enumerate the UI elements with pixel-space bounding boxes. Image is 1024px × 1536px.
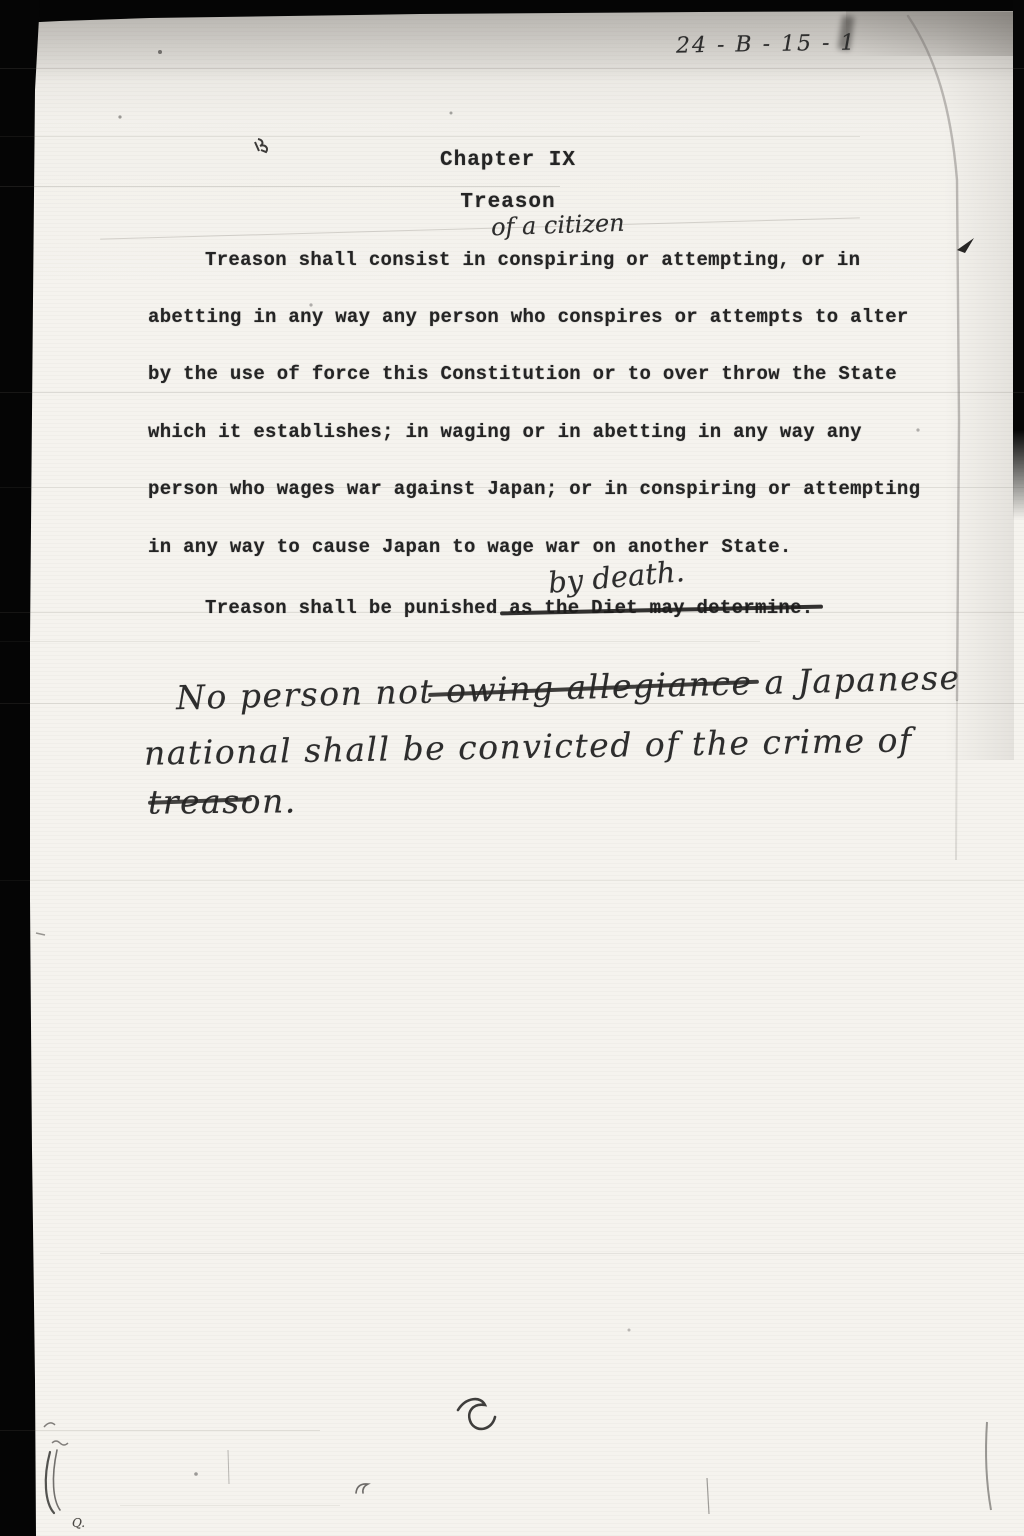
tick-mark — [707, 1478, 709, 1514]
note-line1-struck: owing allegiance — [446, 663, 753, 710]
body-line: abetting in any way any person who consp… — [148, 306, 909, 328]
note-line1-start: No person not — [176, 671, 447, 717]
scan-edge-left — [0, 0, 40, 1536]
punishment-sentence: Treason shall be punished as the Diet ma… — [205, 597, 814, 619]
margin-pen-stroke — [44, 1423, 55, 1427]
margin-pen-stroke — [46, 1452, 54, 1513]
scan-speck — [916, 428, 919, 431]
body-line: which it establishes; in waging or in ab… — [148, 421, 862, 443]
body-line: by the use of force this Constitution or… — [148, 363, 897, 385]
scan-speck — [194, 1472, 198, 1476]
scan-streak — [0, 68, 1024, 69]
handwritten-correction-by-death: by death. — [547, 554, 686, 600]
pen-streak — [986, 1422, 991, 1510]
margin-pen-stroke — [53, 1450, 60, 1510]
handwritten-insertion: of a citizen — [491, 209, 626, 242]
scan-streak — [120, 1505, 340, 1506]
scan-speck — [118, 115, 121, 118]
margin-mark-bottom-left: Q. — [72, 1516, 85, 1530]
body-line: person who wages war against Japan; or i… — [148, 478, 920, 500]
scan-streak — [0, 186, 560, 187]
section-heading: Treason — [0, 191, 1016, 214]
punishment-typed-prefix: Treason shall be punished — [205, 597, 509, 619]
handwritten-note-line1: No person not owing allegiance a Japanes… — [176, 658, 961, 718]
scan-streak — [0, 1430, 320, 1431]
scan-streak — [0, 392, 1024, 393]
scan-streak — [100, 1253, 1024, 1254]
hook-mark — [356, 1484, 368, 1493]
note-line1-end: a Japanese — [752, 658, 961, 702]
punishment-struck-text: as the Diet may determine. — [509, 597, 813, 619]
scan-streak — [0, 880, 1024, 881]
scan-edge-right — [1013, 0, 1024, 520]
right-fold-shading — [944, 0, 1014, 760]
scan-streak — [0, 641, 760, 642]
scan-speck — [628, 1329, 631, 1332]
scan-streak — [0, 136, 860, 137]
body-line: Treason shall consist in conspiring or a… — [205, 249, 860, 271]
squiggle-mark — [458, 1399, 495, 1429]
scanned-document-page: 24 - B - 15 - 1 Chapter IX Treason of a … — [0, 0, 1024, 1536]
classification-code: 24 - B - 15 - 1 — [676, 30, 857, 58]
body-line: in any way to cause Japan to wage war on… — [148, 536, 792, 558]
margin-dash — [36, 933, 45, 935]
chapter-heading: Chapter IX — [0, 149, 1016, 172]
scan-speck — [450, 112, 453, 115]
tick-mark — [228, 1450, 229, 1484]
handwritten-note-line2: national shall be convicted of the crime… — [144, 720, 913, 772]
scan-streak — [100, 217, 860, 239]
margin-pen-stroke — [52, 1441, 68, 1445]
